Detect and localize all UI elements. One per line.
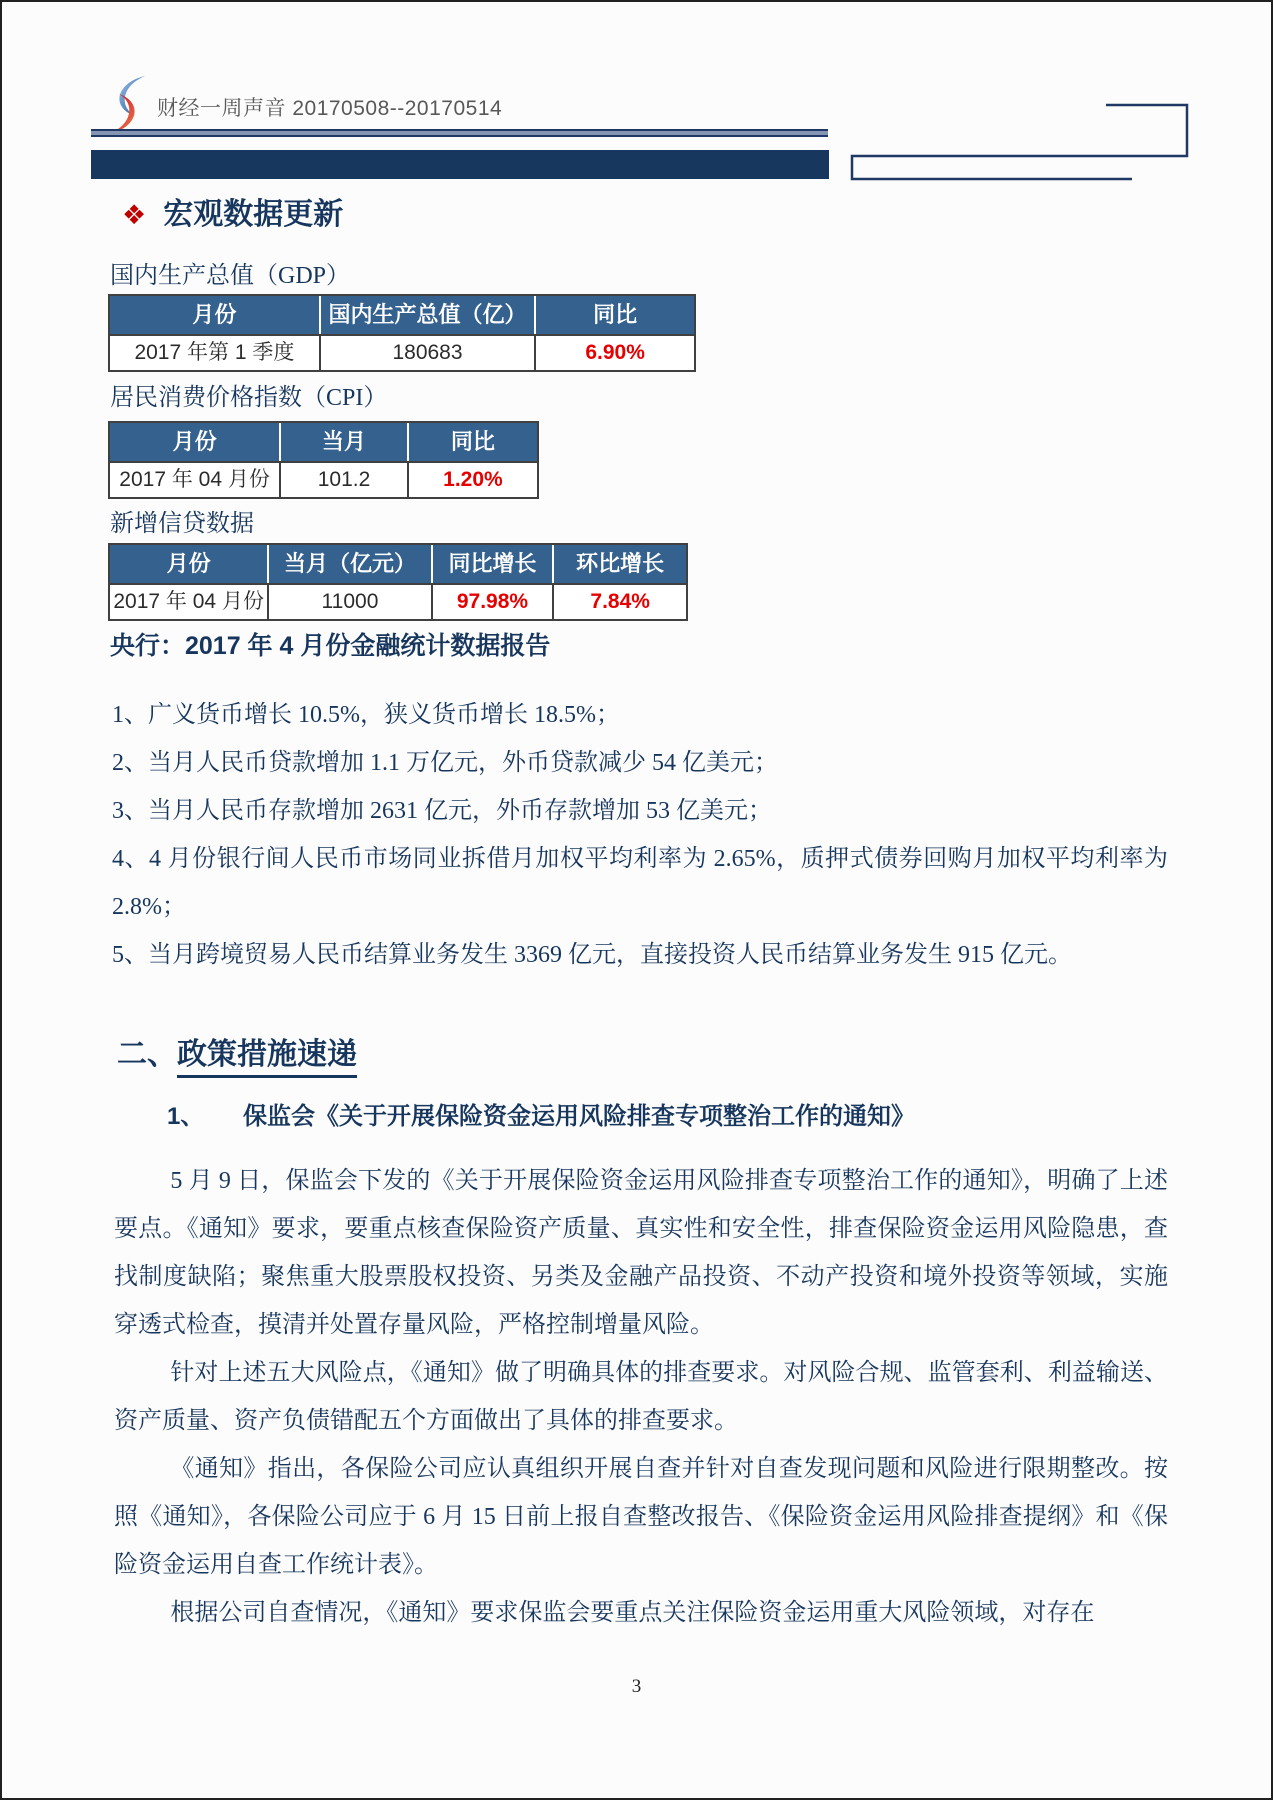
table-header-cell: 同比 [409, 423, 537, 461]
credit-table-label: 新增信贷数据 [110, 508, 1168, 540]
gdp-header-row: 月份 国内生产总值（亿） 同比 [110, 296, 694, 334]
table-header-cell: 月份 [110, 545, 267, 583]
table-header-cell: 当月 [281, 423, 407, 461]
table-cell-yoy: 1.20% [407, 463, 537, 497]
policy-paragraph: 《通知》指出，各保险公司应认真组织开展自查并针对自查发现问题和风险进行限期整改。… [114, 1445, 1168, 1589]
policy-section-number: 二、 [117, 1038, 177, 1071]
policy-section-heading: 二、政策措施速递 [117, 1035, 1168, 1075]
page-number: 3 [2, 1676, 1271, 1698]
policy-paragraphs: 5 月 9 日，保监会下发的《关于开展保险资金运用风险排查专项整治工作的通知》，… [108, 1157, 1168, 1637]
table-cell: 2017 年第 1 季度 [110, 336, 319, 370]
table-header-cell: 当月（亿元） [269, 545, 430, 583]
cpi-data-row: 2017 年 04 月份 101.2 1.20% [110, 461, 537, 497]
cpi-header-row: 月份 当月 同比 [110, 423, 537, 461]
table-cell: 180683 [319, 336, 534, 370]
diamond-bullet-icon: ❖ [122, 200, 146, 231]
table-header-cell: 月份 [110, 423, 279, 461]
credit-header-row: 月份 当月（亿元） 同比增长 环比增长 [110, 545, 686, 583]
cpi-table: 月份 当月 同比 2017 年 04 月份 101.2 1.20% [108, 421, 539, 499]
policy-paragraph: 针对上述五大风险点，《通知》做了明确具体的排查要求。对风险合规、监管套利、利益输… [114, 1349, 1168, 1445]
table-cell: 101.2 [279, 463, 407, 497]
report-item: 5、当月跨境贸易人民币结算业务发生 3369 亿元，直接投资人民币结算业务发生 … [112, 931, 1168, 979]
gdp-table-label: 国内生产总值（GDP） [110, 260, 1168, 292]
macro-section-heading: ❖宏观数据更新 [122, 197, 1168, 237]
credit-data-row: 2017 年 04 月份 11000 97.98% 7.84% [110, 583, 686, 619]
macro-section-title: 宏观数据更新 [163, 198, 343, 231]
policy-item-number: 1、 [167, 1102, 243, 1132]
document-page: 财经一周声音 20170508--20170514 ❖宏观数据更新 国内生产总值… [0, 0, 1273, 1800]
report-item-list: 1、广义货币增长 10.5%，狭义货币增长 18.5%； 2、当月人民币贷款增加… [112, 691, 1168, 979]
table-cell-yoy: 97.98% [431, 585, 553, 619]
report-item: 3、当月人民币存款增加 2631 亿元，外币存款增加 53 亿美元； [112, 787, 1168, 835]
table-cell: 2017 年 04 月份 [110, 463, 279, 497]
policy-item-heading: 1、保监会《关于开展保险资金运用风险排查专项整治工作的通知》 [167, 1102, 1168, 1132]
table-header-cell: 月份 [110, 296, 319, 334]
cpi-table-label: 居民消费价格指数（CPI） [110, 382, 1168, 414]
gdp-data-row: 2017 年第 1 季度 180683 6.90% [110, 334, 694, 370]
report-item: 2、当月人民币贷款增加 1.1 万亿元，外币贷款减少 54 亿美元； [112, 739, 1168, 787]
pboc-report-title: 央行：2017 年 4 月份金融统计数据报告 [110, 631, 1168, 661]
table-header-cell: 同比 [536, 296, 694, 334]
policy-paragraph: 5 月 9 日，保监会下发的《关于开展保险资金运用风险排查专项整治工作的通知》，… [114, 1157, 1168, 1349]
table-header-cell: 国内生产总值（亿） [321, 296, 534, 334]
table-header-cell: 环比增长 [554, 545, 686, 583]
table-cell-mom: 7.84% [552, 585, 686, 619]
credit-table: 月份 当月（亿元） 同比增长 环比增长 2017 年 04 月份 11000 9… [108, 543, 688, 621]
report-item: 4、4 月份银行间人民币市场同业拆借月加权平均利率为 2.65%，质押式债券回购… [112, 835, 1168, 931]
table-cell-yoy: 6.90% [534, 336, 694, 370]
table-cell: 11000 [267, 585, 430, 619]
policy-paragraph: 根据公司自查情况，《通知》要求保监会要重点关注保险资金运用重大风险领域，对存在 [114, 1589, 1168, 1637]
table-cell: 2017 年 04 月份 [110, 585, 267, 619]
report-item: 1、广义货币增长 10.5%，狭义货币增长 18.5%； [112, 691, 1168, 739]
gdp-table: 月份 国内生产总值（亿） 同比 2017 年第 1 季度 180683 6.90… [108, 294, 696, 372]
policy-item-title: 保监会《关于开展保险资金运用风险排查专项整治工作的通知》 [243, 1103, 915, 1130]
policy-section-title: 政策措施速递 [177, 1038, 357, 1078]
table-header-cell: 同比增长 [433, 545, 553, 583]
page-content: ❖宏观数据更新 国内生产总值（GDP） 月份 国内生产总值（亿） 同比 2017… [2, 2, 1273, 1637]
